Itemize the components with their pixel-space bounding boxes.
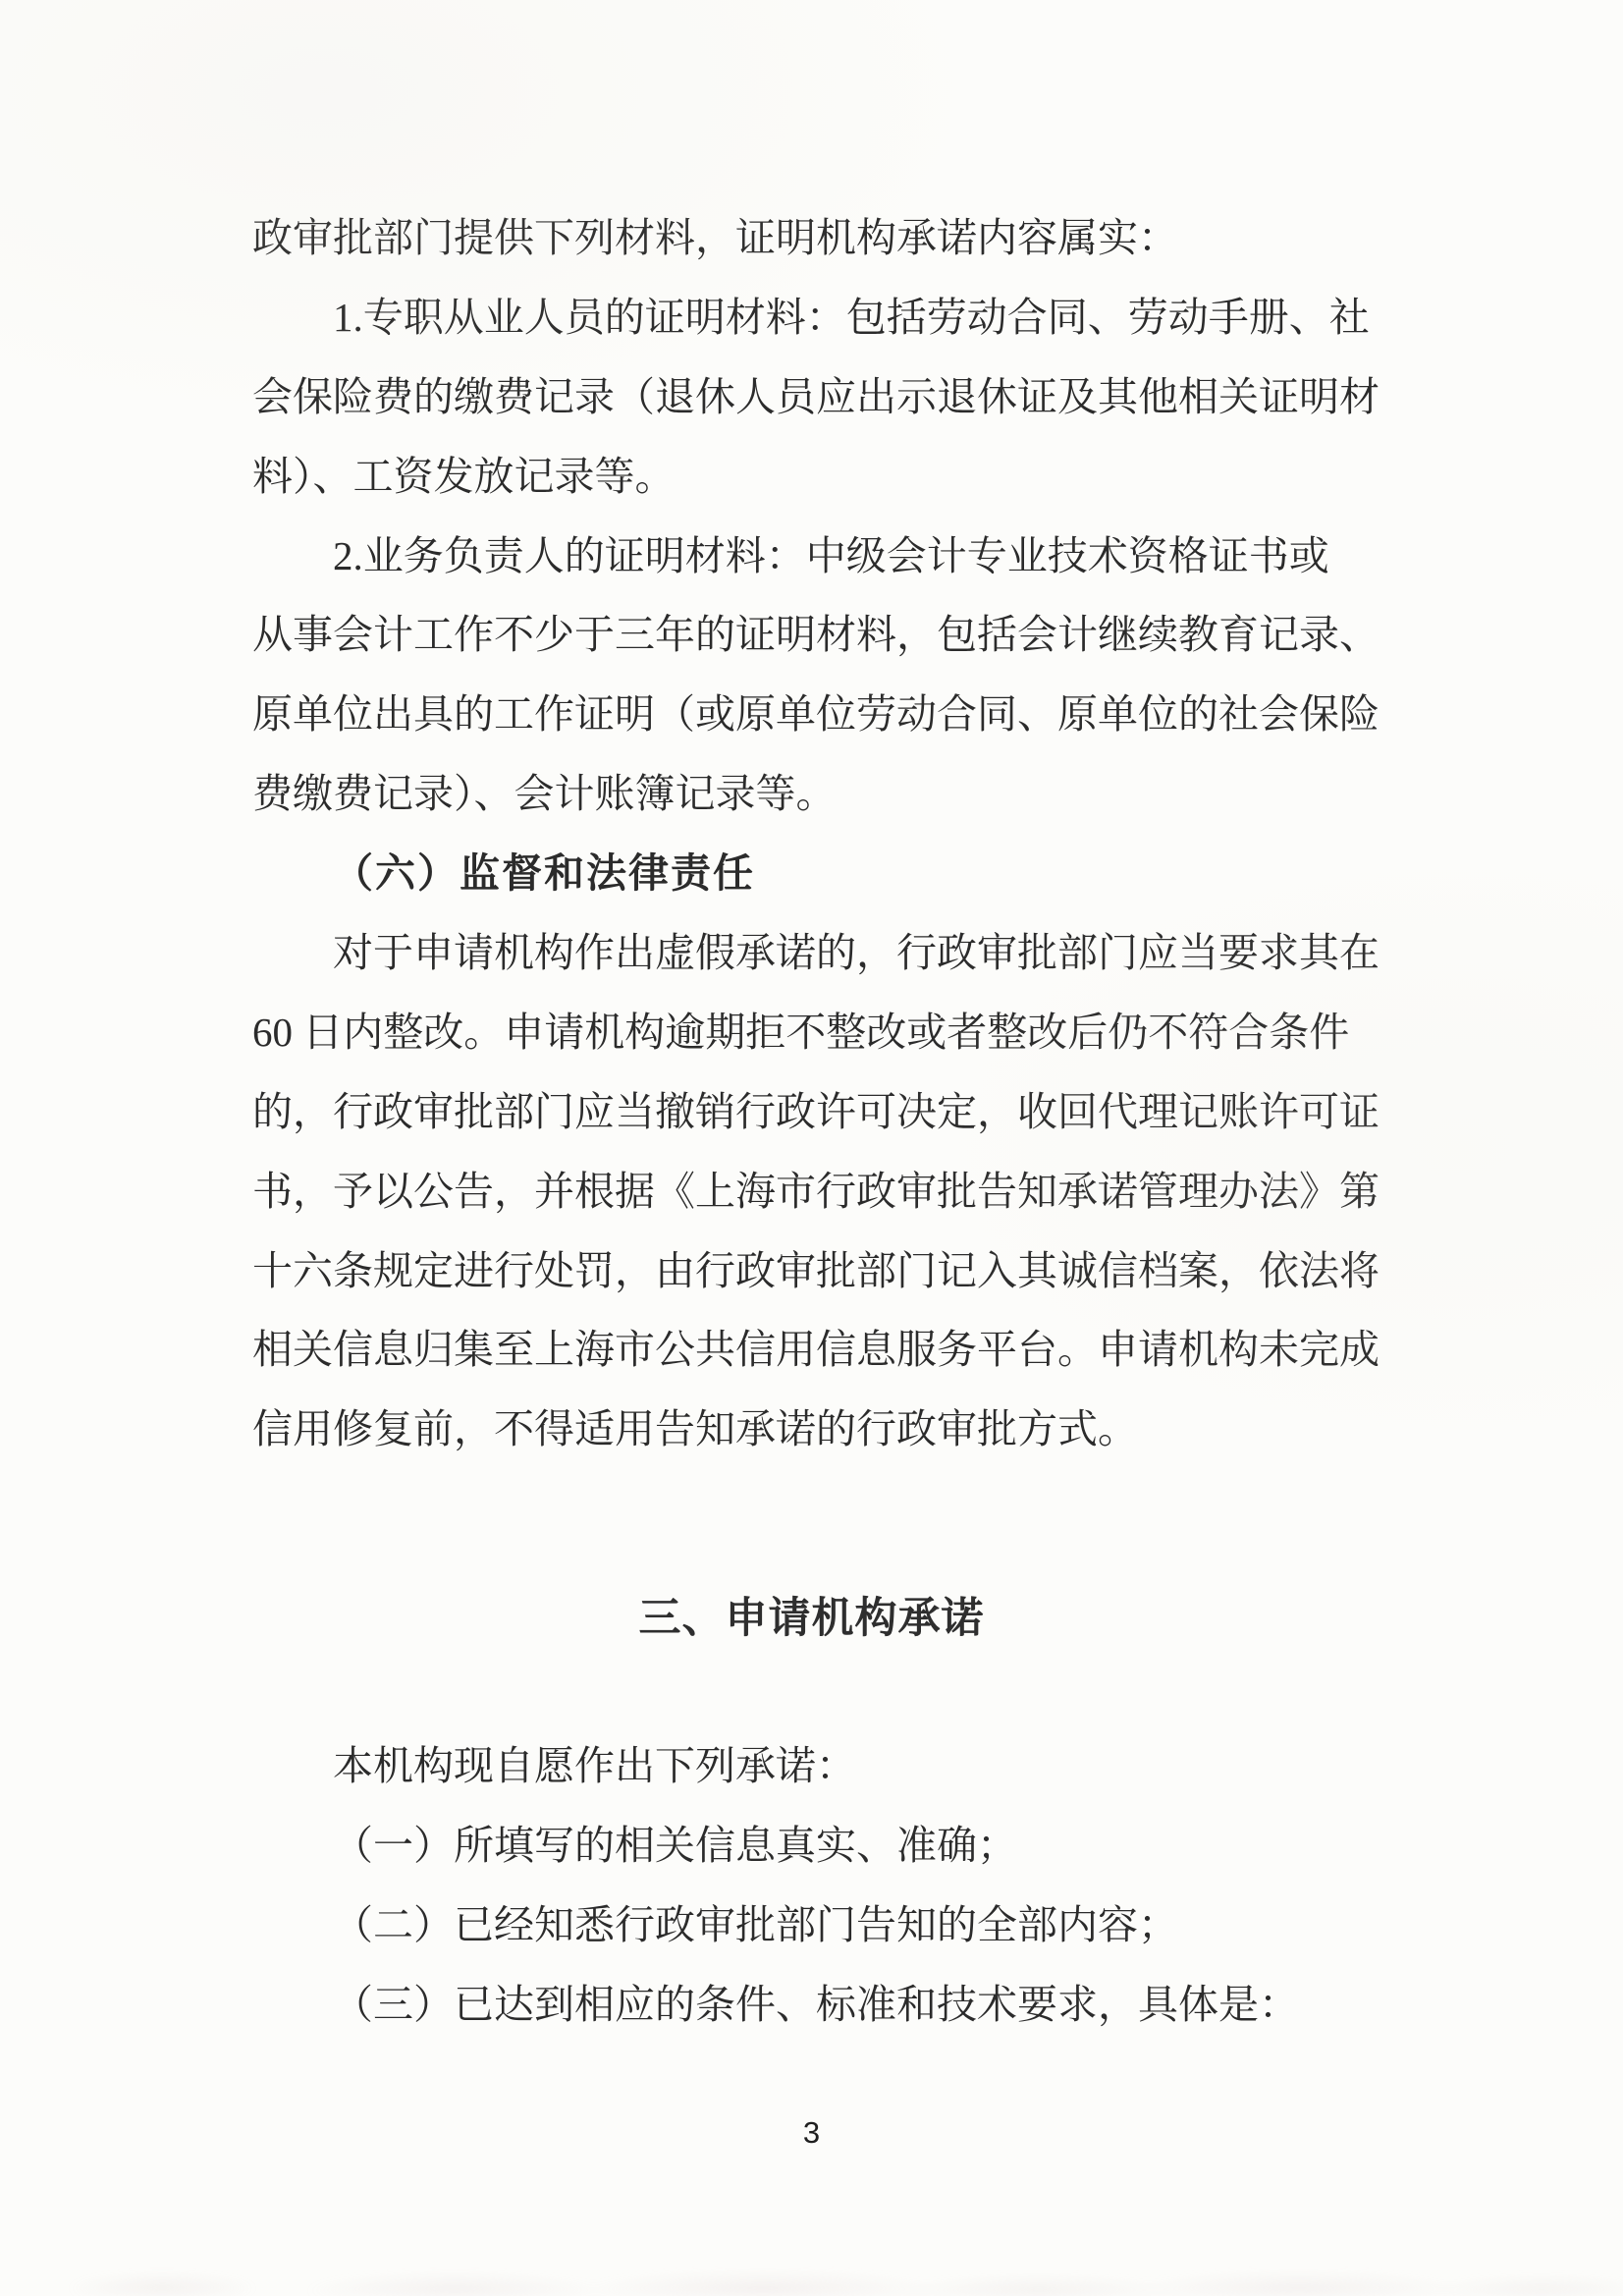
text-line: 本机构现自愿作出下列承诺： xyxy=(252,1726,1411,1806)
list-item-2: （二）已经知悉行政审批部门告知的全部内容； xyxy=(252,1886,1411,1965)
paragraph-block-materials-and-liability: 政审批部门提供下列材料，证明机构承诺内容属实： 1.专职从业人员的证明材料：包括… xyxy=(252,198,1411,1469)
document-page: 政审批部门提供下列材料，证明机构承诺内容属实： 1.专职从业人员的证明材料：包括… xyxy=(0,0,1623,2296)
text-line: 书，予以公告，并根据《上海市行政审批告知承诺管理办法》第 xyxy=(252,1152,1411,1231)
text-line: 对于申请机构作出虚假承诺的，行政审批部门应当要求其在 xyxy=(252,913,1411,993)
list-item-1: （一）所填写的相关信息真实、准确； xyxy=(252,1806,1411,1886)
text-line: 1.专职从业人员的证明材料：包括劳动合同、劳动手册、社 xyxy=(252,278,1411,357)
text-line: 从事会计工作不少于三年的证明材料，包括会计继续教育记录、 xyxy=(252,595,1411,675)
paragraph-block-commitment-list: 本机构现自愿作出下列承诺： （一）所填写的相关信息真实、准确； （二）已经知悉行… xyxy=(252,1726,1411,2045)
text-line: 信用修复前，不得适用告知承诺的行政审批方式。 xyxy=(252,1390,1411,1469)
section-heading-applicant-commitment: 三、申请机构承诺 xyxy=(0,1589,1623,1648)
text-line: 政审批部门提供下列材料，证明机构承诺内容属实： xyxy=(252,198,1411,278)
text-line: 十六条规定进行处罚，由行政审批部门记入其诚信档案，依法将 xyxy=(252,1231,1411,1311)
text-line: 60 日内整改。申请机构逾期拒不整改或者整改后仍不符合条件 xyxy=(252,993,1411,1072)
text-line: 2.业务负责人的证明材料：中级会计专业技术资格证书或 xyxy=(252,517,1411,596)
subsection-heading-supervision: （六）监督和法律责任 xyxy=(252,834,1411,913)
text-line: 的，行政审批部门应当撤销行政许可决定，收回代理记账许可证 xyxy=(252,1072,1411,1152)
text-line: 料）、工资发放记录等。 xyxy=(252,437,1411,517)
text-line: 原单位出具的工作证明（或原单位劳动合同、原单位的社会保险 xyxy=(252,675,1411,754)
list-item-3: （三）已达到相应的条件、标准和技术要求，具体是： xyxy=(252,1965,1411,2045)
page-number: 3 xyxy=(0,2113,1623,2153)
text-line: 相关信息归集至上海市公共信用信息服务平台。申请机构未完成 xyxy=(252,1310,1411,1390)
scan-bleed-artifact xyxy=(0,2245,1623,2296)
text-line: 费缴费记录）、会计账簿记录等。 xyxy=(252,754,1411,834)
text-line: 会保险费的缴费记录（退休人员应出示退休证及其他相关证明材 xyxy=(252,357,1411,437)
